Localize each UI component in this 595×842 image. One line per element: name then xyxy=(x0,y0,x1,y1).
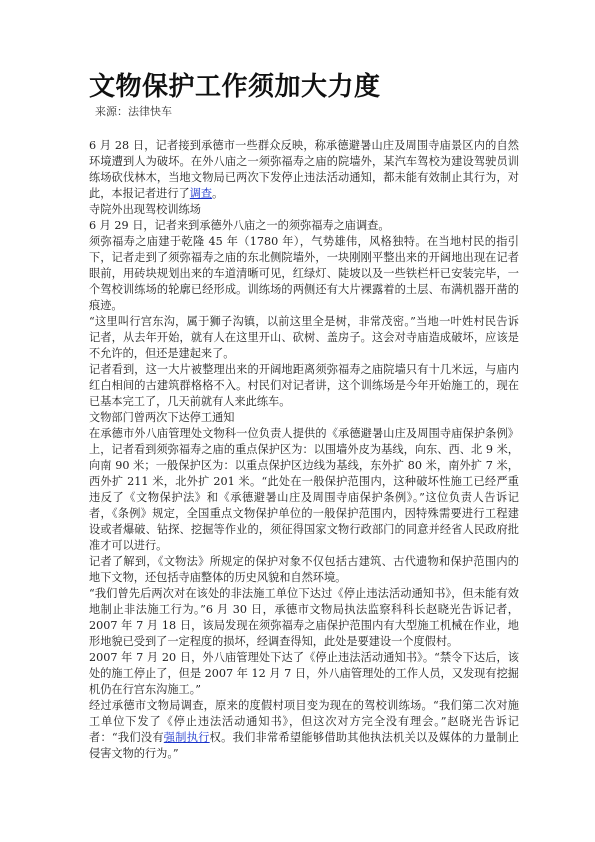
enforcement-link[interactable]: 强制执行 xyxy=(164,731,210,744)
paragraph: 在承德市外八庙管理处文物科一位负责人提供的《承德避暑山庄及周围寺庙保护条例》上，… xyxy=(89,426,519,554)
section-heading: 文物部门曾两次下达停工通知 xyxy=(89,410,519,426)
article-body: 6 月 28 日，记者接到承德市一些群众反映，称承德避暑山庄及周围寺庙景区内的自… xyxy=(89,138,519,762)
paragraph: 6 月 29 日，记者来到承德外八庙之一的须弥福寿之庙调查。 xyxy=(89,218,519,234)
article-source: 来源：法律快车 xyxy=(95,104,519,120)
paragraph: “这里叫行宫东沟，属于狮子沟镇，以前这里全是树，非常茂密。”当地一叶姓村民告诉记… xyxy=(89,314,519,362)
article-title: 文物保护工作须加大力度 xyxy=(89,70,519,104)
paragraph: 2007 年 7 月 20 日，外八庙管理处下达了《停止违法活动通知书》。“禁令… xyxy=(89,650,519,698)
paragraph: 记者了解到，《文物法》所规定的保护对象不仅包括古建筑、古代遗物和保护范围内的地下… xyxy=(89,554,519,586)
paragraph: “我们曾先后两次对在该处的非法施工单位下达过《停止违法活动通知书》，但未能有效地… xyxy=(89,586,519,650)
paragraph: 6 月 28 日，记者接到承德市一些群众反映，称承德避暑山庄及周围寺庙景区内的自… xyxy=(89,138,519,202)
paragraph: 记者看到，这一大片被整理出来的开阔地距离须弥福寿之庙院墙只有十几米远，与庙内红白… xyxy=(89,362,519,410)
paragraph: 须弥福寿之庙建于乾隆 45 年（1780 年），气势雄伟，风格独特。在当地村民的… xyxy=(89,234,519,314)
paragraph-text: 。 xyxy=(212,187,223,200)
paragraph: 经过承德市文物局调查，原来的度假村项目变为现在的驾校训练场。“我们第二次对施工单… xyxy=(89,698,519,762)
section-heading: 寺院外出现驾校训练场 xyxy=(89,202,519,218)
investigation-link[interactable]: 调查 xyxy=(190,187,212,200)
paragraph-text: 6 月 28 日，记者接到承德市一些群众反映，称承德避暑山庄及周围寺庙景区内的自… xyxy=(89,139,519,200)
article: 文物保护工作须加大力度 来源：法律快车 6 月 28 日，记者接到承德市一些群众… xyxy=(89,70,519,762)
